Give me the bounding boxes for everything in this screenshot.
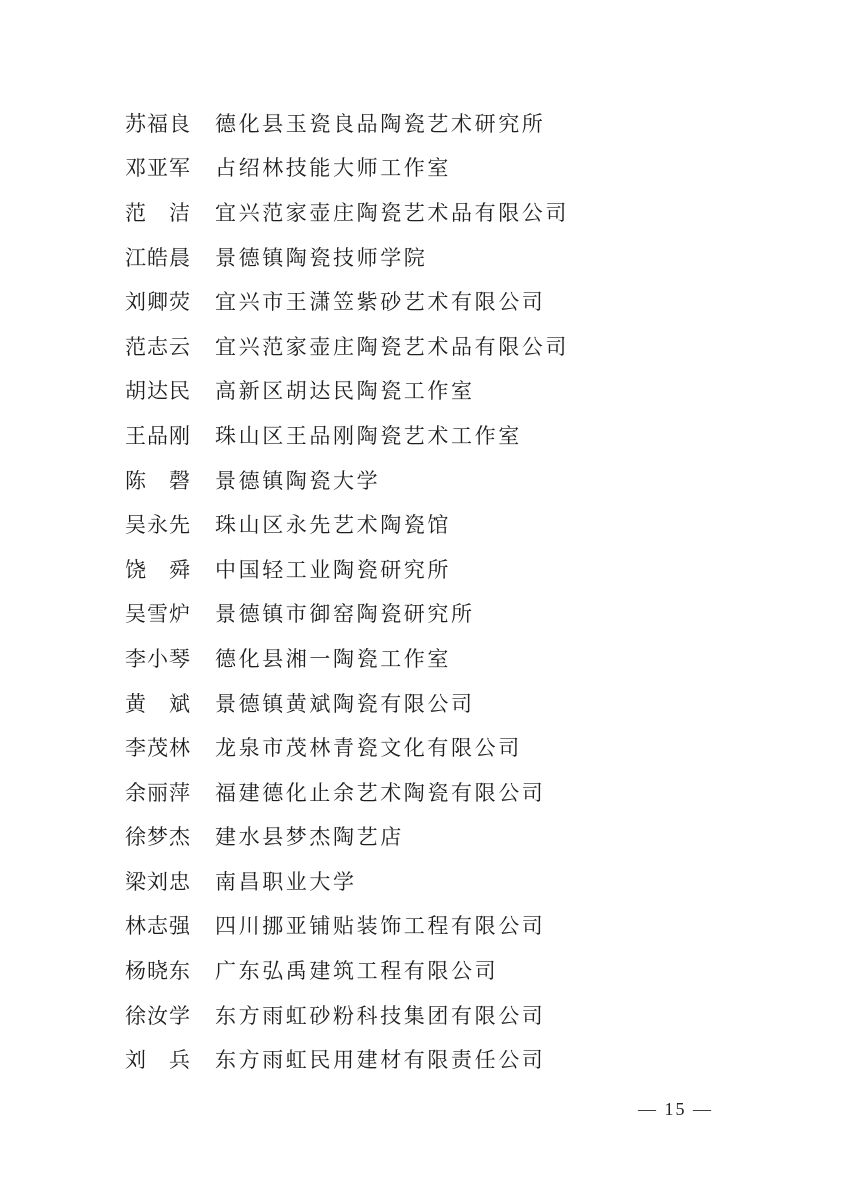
organization-name: 东方雨虹民用建材有限责任公司 (215, 1050, 545, 1071)
name-character: 萍 (169, 783, 190, 804)
name-character: 苏 (125, 114, 146, 135)
name-org-list: 苏福良 德化县玉瓷良品陶瓷艺术研究所 邓亚军 占绍林技能大师工作室 范洁 宜兴范… (125, 102, 569, 1083)
list-item: 刘卿荧 宜兴市王潇笠紫砂艺术有限公司 (125, 280, 569, 325)
organization-name: 建水县梦杰陶艺店 (215, 827, 404, 848)
organization-name: 南昌职业大学 (215, 872, 357, 893)
name-character: 黄 (125, 694, 146, 715)
list-item: 梁刘忠 南昌职业大学 (125, 860, 569, 905)
person-name: 李茂林 (125, 738, 190, 759)
name-character: 先 (169, 515, 190, 536)
organization-name: 景德镇陶瓷技师学院 (215, 248, 427, 269)
person-name: 江皓晨 (125, 248, 190, 269)
page-number: — 15 — (638, 1099, 713, 1120)
name-character: 荧 (169, 292, 190, 313)
name-character: 雪 (147, 604, 168, 625)
name-character: 炉 (169, 604, 190, 625)
person-name: 梁刘忠 (125, 872, 190, 893)
list-item: 吴雪炉 景德镇市御窑陶瓷研究所 (125, 593, 569, 638)
name-character: 刘 (125, 292, 146, 313)
name-character: 范 (125, 337, 146, 358)
name-character: 李 (125, 649, 146, 670)
name-character: 徐 (125, 1006, 146, 1027)
organization-name: 高新区胡达民陶瓷工作室 (215, 381, 475, 402)
name-character: 梁 (125, 872, 146, 893)
person-name: 余丽萍 (125, 783, 190, 804)
name-character: 刘 (125, 1050, 146, 1071)
name-character: 舜 (169, 560, 190, 581)
person-name: 苏福良 (125, 114, 190, 135)
name-character: 志 (147, 337, 168, 358)
name-character: 磬 (169, 471, 190, 492)
name-character: 林 (169, 738, 190, 759)
name-character: 永 (147, 515, 168, 536)
organization-name: 景德镇市御窑陶瓷研究所 (215, 604, 475, 625)
name-character: 余 (125, 783, 146, 804)
person-name: 刘卿荧 (125, 292, 190, 313)
name-character: 晓 (147, 961, 168, 982)
name-character: 斌 (169, 694, 190, 715)
name-character: 刚 (169, 426, 190, 447)
person-name: 邓亚军 (125, 158, 190, 179)
name-character: 江 (125, 248, 146, 269)
person-name: 范志云 (125, 337, 190, 358)
name-character: 学 (169, 1006, 190, 1027)
organization-name: 中国轻工业陶瓷研究所 (215, 560, 451, 581)
person-name: 李小琴 (125, 649, 190, 670)
person-name: 徐汝学 (125, 1006, 190, 1027)
organization-name: 四川挪亚铺贴装饰工程有限公司 (215, 916, 545, 937)
name-character: 梦 (147, 827, 168, 848)
person-name: 杨晓东 (125, 961, 190, 982)
list-item: 徐汝学 东方雨虹砂粉科技集团有限公司 (125, 994, 569, 1039)
organization-name: 广东弘禹建筑工程有限公司 (215, 961, 498, 982)
name-character: 邓 (125, 158, 146, 179)
organization-name: 占绍林技能大师工作室 (215, 158, 451, 179)
name-character: 东 (169, 961, 190, 982)
name-character: 胡 (125, 381, 146, 402)
name-character: 杰 (169, 827, 190, 848)
list-item: 徐梦杰 建水县梦杰陶艺店 (125, 816, 569, 861)
person-name: 刘兵 (125, 1050, 190, 1071)
name-character: 范 (125, 203, 146, 224)
name-character: 陈 (125, 471, 146, 492)
person-name: 徐梦杰 (125, 827, 190, 848)
name-character: 小 (147, 649, 168, 670)
organization-name: 东方雨虹砂粉科技集团有限公司 (215, 1006, 545, 1027)
organization-name: 福建德化止余艺术陶瓷有限公司 (215, 783, 545, 804)
person-name: 饶舜 (125, 560, 190, 581)
name-character: 晨 (169, 248, 190, 269)
name-character: 品 (147, 426, 168, 447)
organization-name: 德化县湘一陶瓷工作室 (215, 649, 451, 670)
list-item: 刘兵 东方雨虹民用建材有限责任公司 (125, 1038, 569, 1083)
name-character: 吴 (125, 604, 146, 625)
name-character: 福 (147, 114, 168, 135)
list-item: 余丽萍 福建德化止余艺术陶瓷有限公司 (125, 771, 569, 816)
name-character: 皓 (147, 248, 168, 269)
organization-name: 珠山区王品刚陶瓷艺术工作室 (215, 426, 522, 447)
name-character: 忠 (169, 872, 190, 893)
organization-name: 景德镇黄斌陶瓷有限公司 (215, 694, 475, 715)
name-character: 林 (125, 916, 146, 937)
person-name: 吴雪炉 (125, 604, 190, 625)
name-character: 志 (147, 916, 168, 937)
person-name: 林志强 (125, 916, 190, 937)
name-character: 茂 (147, 738, 168, 759)
name-character: 汝 (147, 1006, 168, 1027)
organization-name: 龙泉市茂林青瓷文化有限公司 (215, 738, 522, 759)
list-item: 江皓晨 景德镇陶瓷技师学院 (125, 236, 569, 281)
name-character: 吴 (125, 515, 146, 536)
name-character: 达 (147, 381, 168, 402)
list-item: 林志强 四川挪亚铺贴装饰工程有限公司 (125, 905, 569, 950)
document-page: 苏福良 德化县玉瓷良品陶瓷艺术研究所 邓亚军 占绍林技能大师工作室 范洁 宜兴范… (0, 0, 848, 1200)
list-item: 陈磬 景德镇陶瓷大学 (125, 459, 569, 504)
list-item: 吴永先 珠山区永先艺术陶瓷馆 (125, 503, 569, 548)
person-name: 黄斌 (125, 694, 190, 715)
name-character: 良 (169, 114, 190, 135)
name-character: 饶 (125, 560, 146, 581)
list-item: 王品刚 珠山区王品刚陶瓷艺术工作室 (125, 414, 569, 459)
organization-name: 珠山区永先艺术陶瓷馆 (215, 515, 451, 536)
list-item: 杨晓东 广东弘禹建筑工程有限公司 (125, 949, 569, 994)
name-character: 琴 (169, 649, 190, 670)
list-item: 胡达民 高新区胡达民陶瓷工作室 (125, 370, 569, 415)
list-item: 范洁 宜兴范家壶庄陶瓷艺术品有限公司 (125, 191, 569, 236)
person-name: 范洁 (125, 203, 190, 224)
organization-name: 德化县玉瓷良品陶瓷艺术研究所 (215, 114, 545, 135)
list-item: 范志云 宜兴范家壶庄陶瓷艺术品有限公司 (125, 325, 569, 370)
organization-name: 宜兴市王潇笠紫砂艺术有限公司 (215, 292, 545, 313)
list-item: 黄斌 景德镇黄斌陶瓷有限公司 (125, 682, 569, 727)
name-character: 杨 (125, 961, 146, 982)
person-name: 王品刚 (125, 426, 190, 447)
list-item: 饶舜 中国轻工业陶瓷研究所 (125, 548, 569, 593)
person-name: 胡达民 (125, 381, 190, 402)
person-name: 吴永先 (125, 515, 190, 536)
organization-name: 宜兴范家壶庄陶瓷艺术品有限公司 (215, 337, 569, 358)
name-character: 军 (169, 158, 190, 179)
name-character: 徐 (125, 827, 146, 848)
list-item: 邓亚军 占绍林技能大师工作室 (125, 147, 569, 192)
name-character: 王 (125, 426, 146, 447)
list-item: 苏福良 德化县玉瓷良品陶瓷艺术研究所 (125, 102, 569, 147)
organization-name: 宜兴范家壶庄陶瓷艺术品有限公司 (215, 203, 569, 224)
name-character: 李 (125, 738, 146, 759)
name-character: 云 (169, 337, 190, 358)
name-character: 刘 (147, 872, 168, 893)
list-item: 李小琴 德化县湘一陶瓷工作室 (125, 637, 569, 682)
organization-name: 景德镇陶瓷大学 (215, 471, 380, 492)
name-character: 洁 (169, 203, 190, 224)
name-character: 兵 (169, 1050, 190, 1071)
name-character: 丽 (147, 783, 168, 804)
list-item: 李茂林 龙泉市茂林青瓷文化有限公司 (125, 726, 569, 771)
name-character: 强 (169, 916, 190, 937)
person-name: 陈磬 (125, 471, 190, 492)
name-character: 亚 (147, 158, 168, 179)
name-character: 卿 (147, 292, 168, 313)
name-character: 民 (169, 381, 190, 402)
